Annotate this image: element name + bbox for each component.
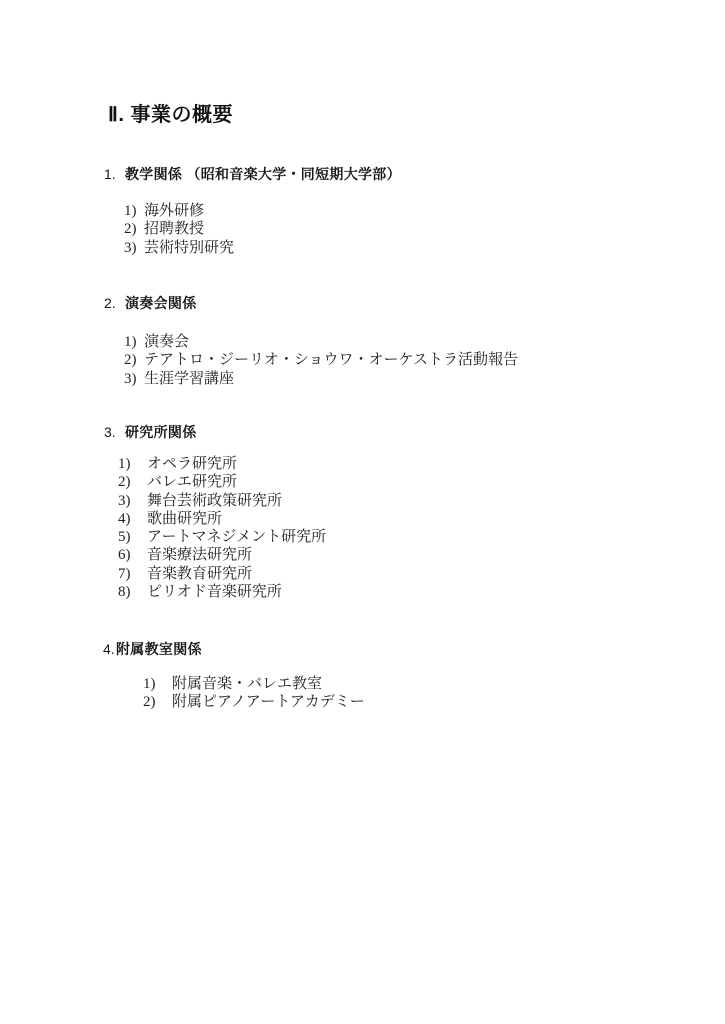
list-item: 7)音楽教育研究所 — [118, 565, 725, 583]
section: 1.教学関係 （昭和音楽大学・同短期大学部） 1)海外研修 2)招聘教授 3)芸… — [104, 166, 725, 257]
list-item: 5)アートマネジメント研究所 — [118, 528, 725, 546]
list-item: 3)舞台芸術政策研究所 — [118, 492, 725, 510]
section-heading: 4.附属教室関係 — [103, 641, 725, 657]
list-item-number: 3) — [124, 370, 144, 388]
list-item: 3)生涯学習講座 — [124, 370, 725, 388]
list-item-number: 6) — [118, 546, 147, 564]
list-item: 1)オペラ研究所 — [118, 455, 725, 473]
list-item-number: 7) — [118, 565, 147, 583]
list-item-number: 1) — [143, 675, 172, 693]
list-item-label: 音楽教育研究所 — [147, 566, 252, 582]
section-heading: 3.研究所関係 — [104, 424, 725, 440]
section-items: 1)海外研修 2)招聘教授 3)芸術特別研究 — [104, 202, 725, 257]
section-heading-label: 研究所関係 — [125, 424, 197, 440]
list-item: 1)海外研修 — [124, 202, 725, 220]
list-item-label: アートマネジメント研究所 — [147, 529, 326, 545]
section-number: 1. — [104, 166, 125, 182]
section-number: 2. — [104, 295, 125, 311]
list-item-label: 生涯学習講座 — [144, 371, 234, 387]
list-item-number: 2) — [124, 351, 144, 369]
section-heading-label: 附属教室関係 — [116, 641, 202, 657]
list-item-label: 演奏会 — [144, 334, 189, 350]
list-item-label: 舞台芸術政策研究所 — [147, 493, 282, 509]
list-item-number: 2) — [143, 693, 172, 711]
list-item: 2)附属ピアノアートアカデミー — [143, 693, 725, 711]
list-item-number: 8) — [118, 583, 147, 601]
list-item: 8)ピリオド音楽研究所 — [118, 583, 725, 601]
list-item-number: 2) — [118, 473, 147, 491]
section-number: 4. — [103, 641, 116, 657]
list-item-label: テアトロ・ジーリオ・ショウワ・オーケストラ活動報告 — [144, 352, 518, 368]
list-item: 2)バレエ研究所 — [118, 473, 725, 491]
list-item-number: 1) — [124, 202, 144, 220]
list-item-number: 2) — [124, 220, 144, 238]
section: 2.演奏会関係 1)演奏会 2)テアトロ・ジーリオ・ショウワ・オーケストラ活動報… — [104, 295, 725, 388]
list-item-number: 3) — [118, 492, 147, 510]
list-item: 6)音楽療法研究所 — [118, 546, 725, 564]
list-item-label: 海外研修 — [144, 203, 204, 219]
section-heading: 2.演奏会関係 — [104, 295, 725, 311]
section-items: 1)附属音楽・バレエ教室 2)附属ピアノアートアカデミー — [103, 675, 725, 712]
section-items: 1)演奏会 2)テアトロ・ジーリオ・ショウワ・オーケストラ活動報告 3)生涯学習… — [104, 333, 725, 388]
list-item: 1)演奏会 — [124, 333, 725, 351]
section: 4.附属教室関係 1)附属音楽・バレエ教室 2)附属ピアノアートアカデミー — [103, 641, 725, 712]
document-page: Ⅱ. 事業の概要 1.教学関係 （昭和音楽大学・同短期大学部） 1)海外研修 2… — [0, 0, 725, 1024]
section-number: 3. — [104, 424, 125, 440]
list-item-label: 音楽療法研究所 — [147, 547, 252, 563]
section-items: 1)オペラ研究所 2)バレエ研究所 3)舞台芸術政策研究所 4)歌曲研究所 5)… — [104, 455, 725, 601]
list-item-number: 1) — [118, 455, 147, 473]
list-item: 2)テアトロ・ジーリオ・ショウワ・オーケストラ活動報告 — [124, 351, 725, 369]
section: 3.研究所関係 1)オペラ研究所 2)バレエ研究所 3)舞台芸術政策研究所 4)… — [104, 424, 725, 601]
list-item-number: 3) — [124, 239, 144, 257]
list-item-label: 歌曲研究所 — [147, 511, 222, 527]
list-item: 1)附属音楽・バレエ教室 — [143, 675, 725, 693]
page-title: Ⅱ. 事業の概要 — [108, 103, 233, 127]
list-item-number: 1) — [124, 333, 144, 351]
list-item: 3)芸術特別研究 — [124, 239, 725, 257]
section-heading-label: 演奏会関係 — [125, 295, 197, 311]
list-item: 4)歌曲研究所 — [118, 510, 725, 528]
list-item: 2)招聘教授 — [124, 220, 725, 238]
list-item-label: オペラ研究所 — [147, 456, 237, 472]
list-item-number: 5) — [118, 528, 147, 546]
section-heading: 1.教学関係 （昭和音楽大学・同短期大学部） — [104, 166, 725, 182]
section-heading-label: 教学関係 （昭和音楽大学・同短期大学部） — [125, 166, 401, 182]
list-item-label: 芸術特別研究 — [144, 240, 234, 256]
list-item-label: バレエ研究所 — [147, 474, 237, 490]
list-item-label: ピリオド音楽研究所 — [147, 584, 282, 600]
list-item-label: 附属音楽・バレエ教室 — [172, 676, 322, 692]
list-item-number: 4) — [118, 510, 147, 528]
list-item-label: 附属ピアノアートアカデミー — [172, 694, 365, 710]
list-item-label: 招聘教授 — [144, 221, 204, 237]
